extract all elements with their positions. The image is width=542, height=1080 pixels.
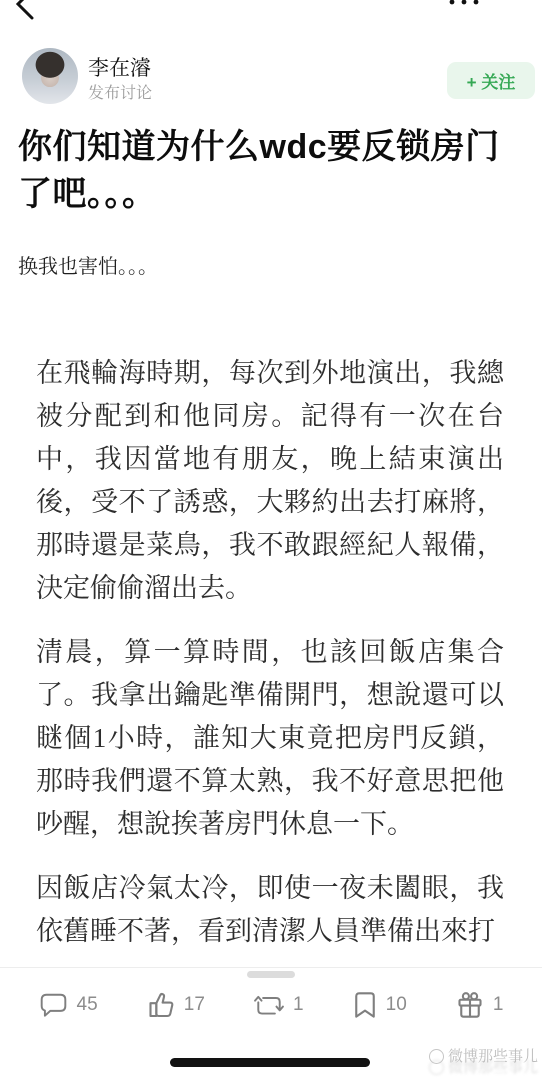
speech-bubble-icon — [39, 992, 68, 1019]
action-bar: 45 17 1 10 — [0, 976, 542, 1034]
back-button[interactable] — [8, 0, 44, 20]
quoted-text-image[interactable]: 在飛輪海時期，每次到外地演出，我總被分配到和他同房。記得有一次在台中，我因當地有… — [36, 352, 504, 974]
watermark-text: 微博那些事儿 — [448, 1059, 538, 1076]
gift-box-icon — [456, 991, 484, 1019]
thumbs-up-icon — [147, 992, 175, 1019]
username[interactable]: 李在濬 — [88, 52, 151, 82]
repost-count: 1 — [293, 994, 304, 1016]
quote-paragraph: 清晨，算一算時間，也該回飯店集合了。我拿出鑰匙準備開門，想說還可以瞇個1小時，誰… — [36, 631, 504, 846]
post-type-label: 发布讨论 — [88, 80, 152, 103]
like-count: 17 — [184, 994, 205, 1016]
follow-button[interactable]: + 关注 — [447, 62, 535, 99]
bookmark-icon — [353, 991, 377, 1019]
bookmark-count: 10 — [386, 994, 407, 1016]
quote-paragraph: 因飯店冷氣太冷，即使一夜未闔眼，我依舊睡不著，看到清潔人員準備出來打 — [36, 867, 504, 953]
repost-button[interactable]: 1 — [254, 992, 304, 1019]
chevron-left-icon — [8, 0, 44, 20]
post-body: 换我也害怕。。。 — [18, 250, 518, 279]
post-title: 你们知道为什么wdc要反锁房门了吧。。。 — [18, 124, 510, 218]
like-button[interactable]: 17 — [147, 992, 205, 1019]
bookmark-button[interactable]: 10 — [353, 991, 407, 1019]
watermark-line-2: 微博那些事儿 — [429, 1059, 538, 1076]
gift-button[interactable]: 1 — [456, 991, 504, 1019]
action-bar-divider — [0, 967, 542, 968]
avatar[interactable] — [22, 48, 78, 104]
repost-arrows-icon — [254, 992, 284, 1019]
watermark-logo-icon — [429, 1060, 444, 1075]
comment-button[interactable]: 45 — [39, 992, 98, 1019]
watermark: 微博那些事儿 微博那些事儿 — [429, 1048, 538, 1076]
comment-count: 45 — [77, 994, 98, 1016]
quote-paragraph: 在飛輪海時期，每次到外地演出，我總被分配到和他同房。記得有一次在台中，我因當地有… — [36, 352, 504, 610]
more-options-button[interactable] — [446, 0, 486, 12]
home-indicator — [170, 1058, 370, 1067]
gift-count: 1 — [493, 994, 504, 1016]
ellipsis-icon — [446, 0, 486, 12]
post-detail-page: 李在濬 发布讨论 + 关注 你们知道为什么wdc要反锁房门了吧。。。 换我也害怕… — [0, 0, 542, 1080]
